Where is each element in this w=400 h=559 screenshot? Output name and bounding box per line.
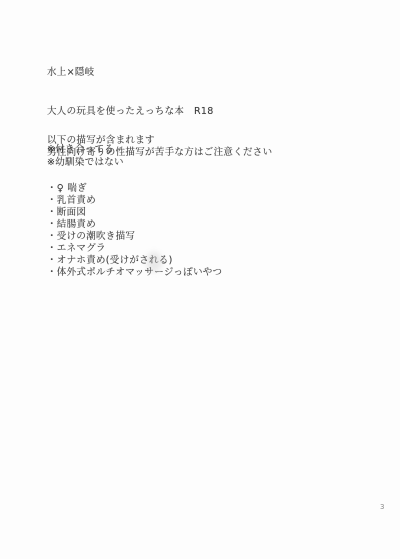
warning-intro: 以下の描写が含まれます男性向け寄りの性描写が苦手な方はご注意ください [47,135,272,159]
warning-item: ・結腸責め [47,219,272,231]
warning-intro-line: 以下の描写が含まれます [47,135,272,147]
warning-item: ・エネマグラ [47,243,272,255]
page-number: 3 [380,503,384,511]
scan-smudge [146,252,162,272]
pairing-text: 水上×隠岐 [47,67,214,80]
scanned-page: 水上×隠岐 大人の玩具を使ったえっちな本 R18 ※付き合ってる※幼馴染ではない… [0,0,400,559]
warning-item: ・断面図 [47,207,272,219]
warning-item: ・♀ 喘ぎ [47,183,272,195]
warning-item: ・乳首責め [47,195,272,207]
warning-item: ・受けの潮吹き描写 [47,231,272,243]
warning-block: 以下の描写が含まれます男性向け寄りの性描写が苦手な方はご注意ください ・♀ 喘ぎ… [47,111,272,303]
warning-intro-line: 男性向け寄りの性描写が苦手な方はご注意ください [47,147,272,159]
